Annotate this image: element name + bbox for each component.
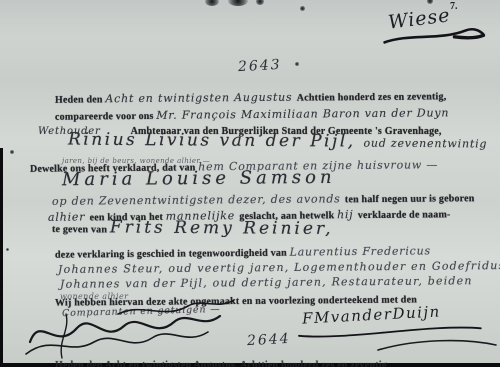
page-mark: 7. <box>450 1 458 12</box>
ink-speck <box>256 0 264 5</box>
ink-speck <box>10 150 14 154</box>
civil-registry-act-scan: 7. Wiese 2643 Heden den Acht en twintigs… <box>0 0 500 367</box>
ink-speck <box>205 0 219 6</box>
printed-text: Heden den <box>55 94 105 105</box>
act-number: 2643 <box>238 57 282 75</box>
ink-speck <box>228 0 248 6</box>
printed-text: ten half negen uur is geboren <box>345 193 475 205</box>
printed-text: verklaarde de naam- <box>358 209 451 221</box>
comparant-witness-signatures <box>22 300 272 362</box>
handwritten-name: Maria Louise Samson <box>62 167 336 190</box>
line-child-name: te geven van Frits Remy Reinier, <box>52 217 334 239</box>
handwritten-name: Frits Remy Reinier, <box>110 217 334 239</box>
handwritten-text: Mr. François Maximiliaan Baron van der D… <box>156 106 449 122</box>
ink-speck <box>427 0 433 4</box>
printed-text: Achttien honderd zes en zeventig, <box>297 91 447 103</box>
ink-speck <box>295 62 299 66</box>
ink-speck <box>6 248 9 251</box>
scan-left-edge <box>0 148 3 367</box>
printed-text: Heden den Acht en twintigsten Augustus, … <box>55 360 387 367</box>
handwritten-text: hij <box>337 208 358 221</box>
next-act-partial-line: Heden den Acht en twintigsten Augustus, … <box>55 355 387 367</box>
printed-text: te geven van <box>52 224 110 235</box>
stray-pen-flourish <box>376 336 500 354</box>
ink-speck <box>300 6 305 11</box>
handwritten-name: Rinius Livius van der Pijl, <box>68 130 364 152</box>
registrar-signature: Wiese <box>387 4 452 33</box>
handwritten-text: oud zevenentwintig <box>363 137 487 151</box>
line-mother-name: Maria Louise Samson <box>62 167 336 190</box>
handwritten-text: Acht en twintigsten Augustus <box>105 91 297 106</box>
next-act-number: 2644 <box>247 331 291 349</box>
